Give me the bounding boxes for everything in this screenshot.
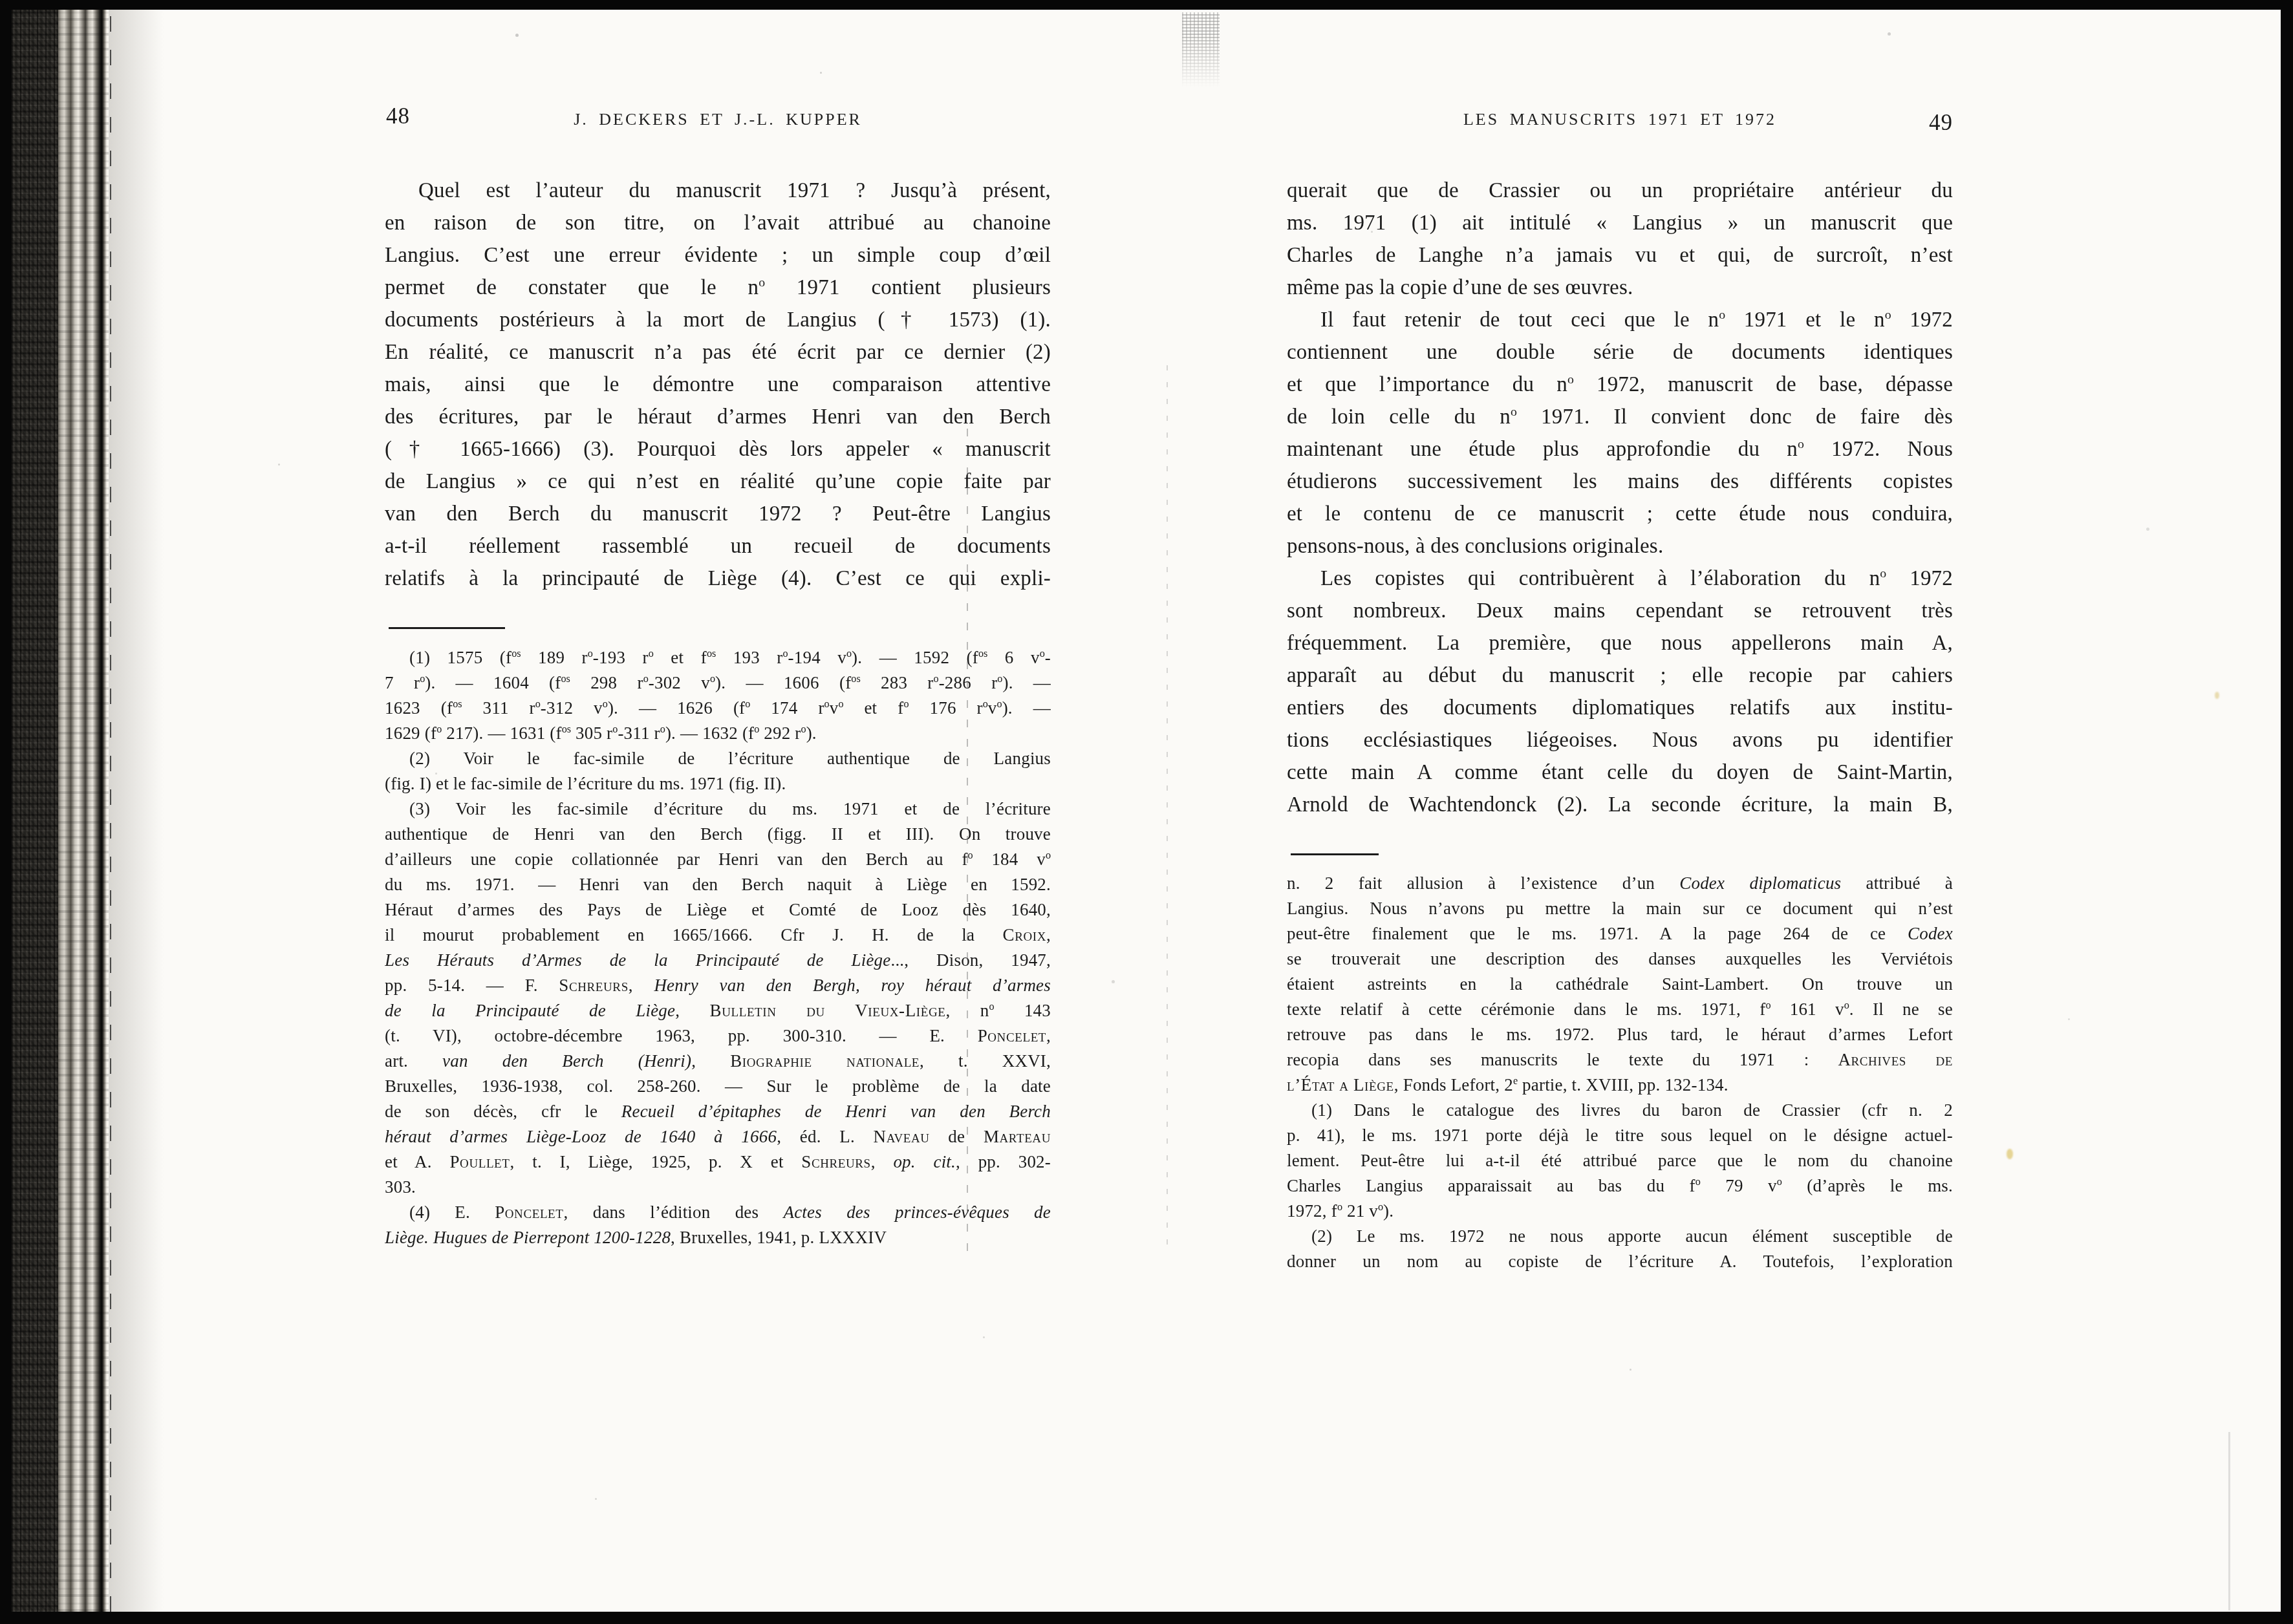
text-line: van den Berch du manuscrit 1972 ? Peut-ê… <box>385 498 1051 530</box>
text-line: (2) Voir le fac-simile de l’écriture aut… <box>385 746 1051 771</box>
text-line: Charles de Langhe n’a jamais vu et qui, … <box>1287 239 1953 272</box>
page-number: 49 <box>1929 110 1953 136</box>
text-line: étudierons successivement les mains des … <box>1287 465 1953 498</box>
text-line: Langius. C’est une erreur évidente ; un … <box>385 239 1051 272</box>
text-line: Charles Langius apparaissait au bas du f… <box>1287 1173 1953 1199</box>
text-line: peut-être finalement que le ms. 1971. A … <box>1287 921 1953 946</box>
text-line: tions ecclésiastiques liégeoises. Nous a… <box>1287 724 1953 756</box>
text-line: Langius. Nous n’avons pu mettre la main … <box>1287 896 1953 921</box>
text-line: texte relatif à cette cérémonie dans le … <box>1287 997 1953 1022</box>
stain-mark <box>2215 692 2219 699</box>
page-surface: 48 J. DECKERS ET J.-L. KUPPER Quel est l… <box>12 10 2281 1612</box>
text-line: Liège. Hugues de Pierrepont 1200-1228, B… <box>385 1225 1051 1250</box>
text-line: et que l’importance du no 1972, manuscri… <box>1287 369 1953 401</box>
text-line: querait que de Crassier ou un propriétai… <box>1287 175 1953 207</box>
footnote-rule <box>389 627 505 629</box>
text-line: pp. 5-14. — F. Schreurs, Henry van den B… <box>385 973 1051 998</box>
text-line: en raison de son titre, on l’avait attri… <box>385 207 1051 239</box>
text-line: lement. Peut-être lui a-t-il été attribu… <box>1287 1148 1953 1173</box>
text-line: Arnold de Wachtendonck (2). La seconde é… <box>1287 789 1953 821</box>
text-line: 1972, fo 21 vo). <box>1287 1199 1953 1224</box>
text-line: recopia dans ses manuscrits le texte du … <box>1287 1047 1953 1073</box>
text-line: cette main A comme étant celle du doyen … <box>1287 756 1953 789</box>
text-line: (4) E. Poncelet, dans l’édition des Acte… <box>385 1200 1051 1225</box>
running-header-left: 48 J. DECKERS ET J.-L. KUPPER <box>385 102 1051 175</box>
text-line: n. 2 fait allusion à l’existence d’un Co… <box>1287 871 1953 896</box>
text-line: (2) Le ms. 1972 ne nous apporte aucun él… <box>1287 1224 1953 1249</box>
text-line: contiennent une double série de document… <box>1287 336 1953 369</box>
text-line: mais, ainsi que le démontre une comparai… <box>385 369 1051 401</box>
text-line: des écritures, par le héraut d’armes Hen… <box>385 401 1051 433</box>
text-line: documents postérieurs à la mort de Langi… <box>385 304 1051 336</box>
text-line: p. 41), le ms. 1971 porte déjà le titre … <box>1287 1123 1953 1148</box>
text-line: entiers des documents diplomatiques rela… <box>1287 692 1953 724</box>
text-line: apparaît au début du manuscrit ; elle re… <box>1287 659 1953 692</box>
text-line: 1629 (fo 217). — 1631 (fos 305 ro-311 ro… <box>385 721 1051 746</box>
text-line: art. van den Berch (Henri), Biographie n… <box>385 1049 1051 1074</box>
text-line: a-t-il réellement rassemblé un recueil d… <box>385 530 1051 562</box>
text-line: de la Principauté de Liège, Bulletin du … <box>385 998 1051 1023</box>
scanned-book-spread: { "colors": { "frame": "#070707", "paper… <box>0 0 2293 1624</box>
text-line: il mourut probablement en 1665/1666. Cfr… <box>385 923 1051 948</box>
text-line: Bruxelles, 1936-1938, col. 258-260. — Su… <box>385 1074 1051 1099</box>
text-line: retrouve pas dans le ms. 1972. Plus tard… <box>1287 1022 1953 1047</box>
text-line: fréquemment. La première, que nous appel… <box>1287 627 1953 659</box>
text-line: Les copistes qui contribuèrent à l’élabo… <box>1287 562 1953 595</box>
text-line: de son décès, cfr le Recueil d’épitaphes… <box>385 1099 1051 1124</box>
text-line: En réalité, ce manuscrit n’a pas été écr… <box>385 336 1051 369</box>
body-text: querait que de Crassier ou un propriétai… <box>1287 175 1953 821</box>
text-line: ms. 1971 (1) ait intitulé « Langius » un… <box>1287 207 1953 239</box>
text-line: et le contenu de ce manuscrit ; cette ét… <box>1287 498 1953 530</box>
text-line: donner un nom au copiste de l’écriture A… <box>1287 1249 1953 1274</box>
text-line: héraut d’armes Liège-Looz de 1640 à 1666… <box>385 1124 1051 1149</box>
gutter-edge-line <box>110 10 111 1612</box>
text-line: (t. VI), octobre-décembre 1963, pp. 300-… <box>385 1023 1051 1049</box>
scan-edge-streak <box>2228 1432 2230 1610</box>
scan-crease-line <box>967 417 968 1251</box>
text-line: de loin celle du no 1971. Il convient do… <box>1287 401 1953 433</box>
footnote-rule <box>1291 853 1379 855</box>
running-title: J. DECKERS ET J.-L. KUPPER <box>385 110 1051 129</box>
dust-specks <box>12 10 14 12</box>
text-line: du ms. 1971. — Henri van den Berch naqui… <box>385 872 1051 897</box>
text-line: l’État a Liège, Fonds Lefort, 2e partie,… <box>1287 1073 1953 1098</box>
text-line: Héraut d’armes des Pays de Liège et Comt… <box>385 897 1051 923</box>
text-line: même pas la copie d’une de ses œuvres. <box>1287 272 1953 304</box>
text-line: permet de constater que le no 1971 conti… <box>385 272 1051 304</box>
text-line: pensons-nous, à des conclusions original… <box>1287 530 1953 562</box>
text-line: (3) Voir les fac-simile d’écriture du ms… <box>385 796 1051 822</box>
gutter-fade <box>109 10 164 1612</box>
text-line: relatifs à la principauté de Liège (4). … <box>385 562 1051 595</box>
text-line: d’ailleurs une copie collationnée par He… <box>385 847 1051 872</box>
text-line: étaient astreints en la cathédrale Saint… <box>1287 972 1953 997</box>
scan-fold-speckle <box>1182 12 1220 87</box>
running-header-right: LES MANUSCRITS 1971 ET 1972 49 <box>1287 102 1953 175</box>
gutter-streaks <box>58 10 109 1612</box>
text-line: maintenant une étude plus approfondie du… <box>1287 433 1953 465</box>
footnotes: n. 2 fait allusion à l’existence d’un Co… <box>1287 871 1953 1274</box>
text-line: sont nombreux. Deux mains cependant se r… <box>1287 595 1953 627</box>
text-line: (1) Dans le catalogue des livres du baro… <box>1287 1098 1953 1123</box>
text-line: 7 ro). — 1604 (fos 298 ro-302 vo). — 160… <box>385 670 1051 696</box>
text-line: 1623 (fos 311 ro-312 vo). — 1626 (fo 174… <box>385 696 1051 721</box>
text-line: Les Hérauts d’Armes de la Principauté de… <box>385 948 1051 973</box>
footnotes: (1) 1575 (fos 189 ro-193 ro et fos 193 r… <box>385 645 1051 1250</box>
text-line: 303. <box>385 1175 1051 1200</box>
scan-fold-line <box>1167 362 1168 1245</box>
book-gutter <box>12 10 164 1612</box>
text-line: Il faut retenir de tout ceci que le no 1… <box>1287 304 1953 336</box>
text-line: († 1665-1666) (3). Pourquoi dès lors app… <box>385 433 1051 465</box>
text-line: et A. Poullet, t. I, Liège, 1925, p. X e… <box>385 1149 1051 1175</box>
text-line: se trouverait une description des danses… <box>1287 946 1953 972</box>
running-title: LES MANUSCRITS 1971 ET 1972 <box>1287 110 1953 129</box>
text-line: authentique de Henri van den Berch (figg… <box>385 822 1051 847</box>
text-line: (1) 1575 (fos 189 ro-193 ro et fos 193 r… <box>385 645 1051 670</box>
text-line: (fig. I) et le fac-simile de l’écriture … <box>385 771 1051 796</box>
text-line: de Langius » ce qui n’est en réalité qu’… <box>385 465 1051 498</box>
gutter-shadow-band <box>12 10 58 1612</box>
body-text: Quel est l’auteur du manuscrit 1971 ? Ju… <box>385 175 1051 595</box>
stain-mark <box>2007 1149 2013 1159</box>
text-line: Quel est l’auteur du manuscrit 1971 ? Ju… <box>385 175 1051 207</box>
